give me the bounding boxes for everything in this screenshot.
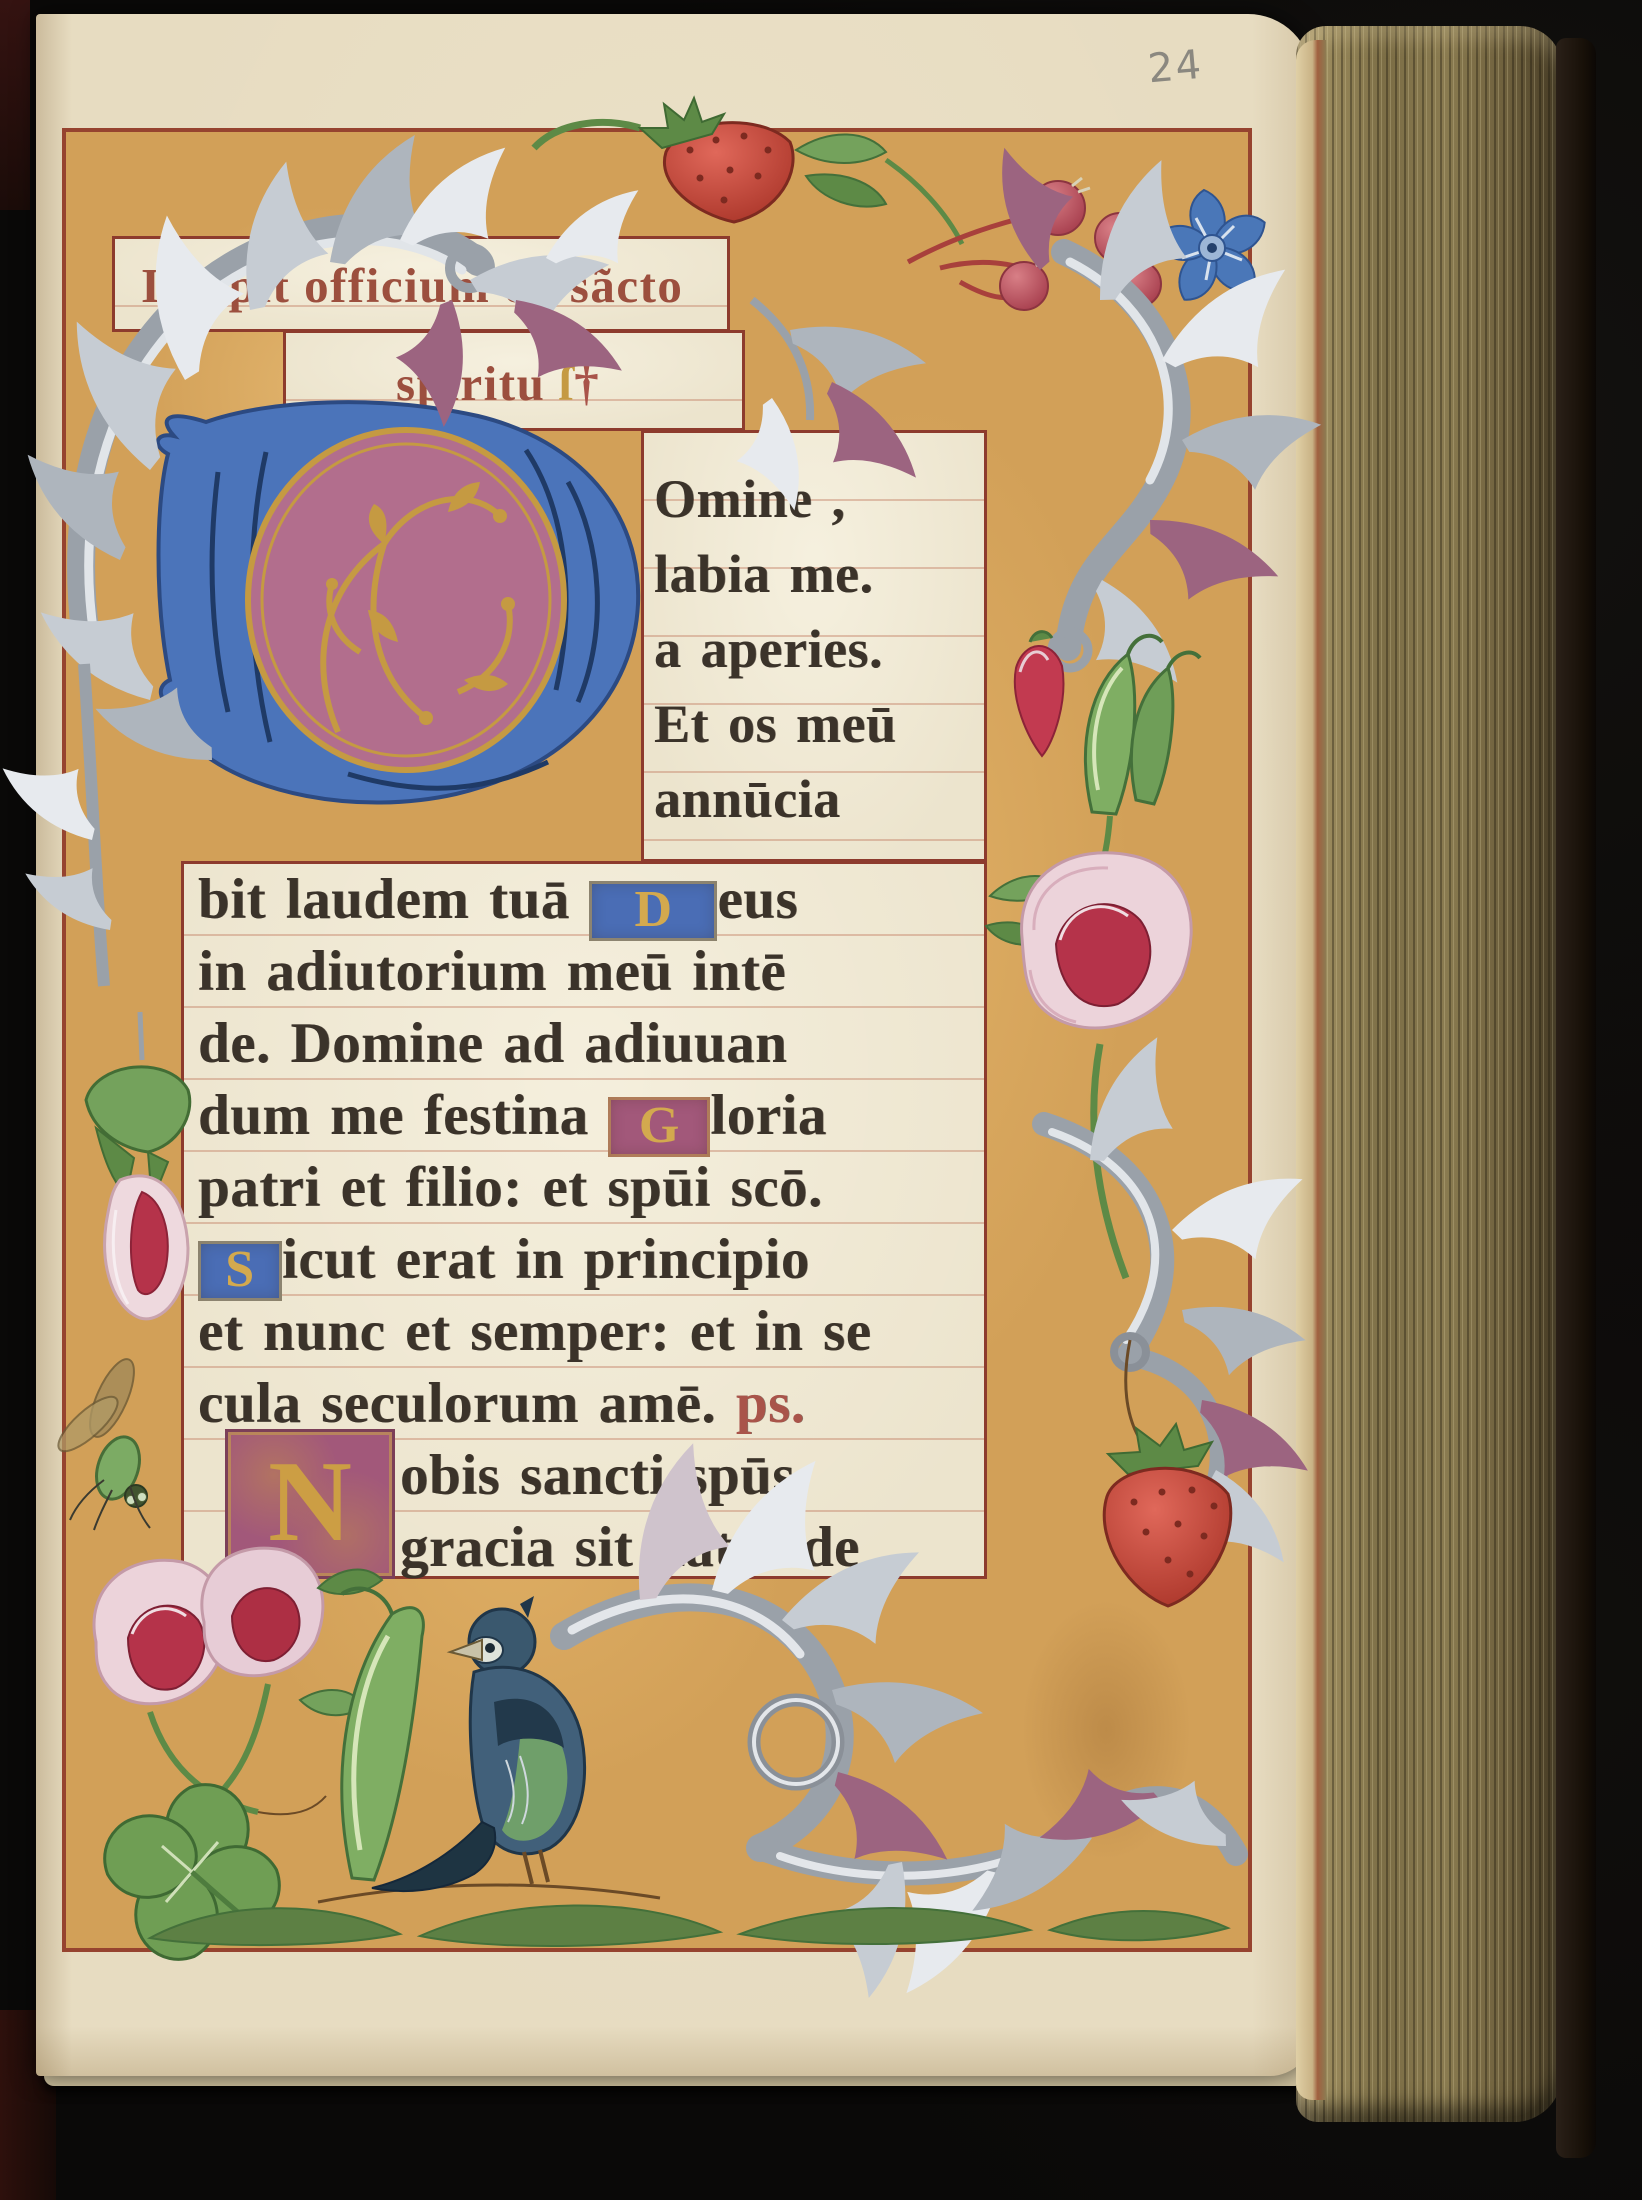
rubric-box-1: Incipit officium de sãcto	[112, 236, 730, 332]
inline-initial: D	[589, 881, 717, 941]
book-fore-edge	[1296, 26, 1562, 2122]
text-segment: icut erat in principio	[282, 1228, 810, 1291]
text-line: et nunc et semper: et in se	[198, 1300, 872, 1364]
text-line: obis sancti spūs	[400, 1444, 795, 1508]
text-segment: loria	[710, 1084, 826, 1147]
text-segment: et nunc et semper: et in se	[198, 1300, 872, 1363]
folio-number: 24	[1146, 42, 1205, 93]
large-initial-d	[148, 392, 648, 812]
text-segment: bit laudem tuā	[198, 868, 589, 931]
text-line: annūcia	[654, 767, 841, 831]
text-line: gracia sit data: de	[400, 1516, 860, 1580]
inline-initial: S	[198, 1241, 282, 1301]
text-line: bit laudem tuā Deus	[198, 868, 798, 941]
text-line: Sicut erat in principio	[198, 1228, 810, 1301]
initial-n: N	[225, 1429, 395, 1579]
text-line: a aperies.	[654, 617, 883, 681]
text-segment: obis sancti spūs	[400, 1444, 795, 1507]
text-segment: gracia sit data: de	[400, 1516, 860, 1579]
text-line: cula seculorum amē. ps.	[198, 1372, 806, 1436]
text-line: in adiutorium meū intē	[198, 940, 786, 1004]
text-segment: patri et filio: et spūi scō.	[198, 1156, 823, 1219]
text-segment: cula seculorum amē.	[198, 1372, 736, 1435]
text-column-box: Omine ,labia me.a aperies.Et os meūannūc…	[641, 430, 987, 862]
text-line: Et os meū	[654, 692, 897, 756]
rubric-line-1: Incipit officium de sãcto	[141, 261, 683, 310]
rubricated-abbreviation: ps.	[736, 1372, 806, 1435]
text-line: de. Domine ad adiuuan	[198, 1012, 787, 1076]
main-text-box: N bit laudem tuā Deusin adiutorium meū i…	[181, 861, 987, 1579]
text-segment: in adiutorium meū intē	[198, 940, 786, 1003]
text-line: dum me festina Gloria	[198, 1084, 827, 1157]
page-curl-edge	[1296, 40, 1326, 2100]
text-segment: de. Domine ad adiuuan	[198, 1012, 787, 1075]
text-segment: eus	[717, 868, 798, 931]
text-segment: dum me festina	[198, 1084, 608, 1147]
inline-initial: G	[608, 1097, 710, 1157]
text-line: labia me.	[654, 542, 874, 606]
book-cover-edge-left-top	[0, 0, 30, 210]
text-line: patri et filio: et spūi scō.	[198, 1156, 823, 1220]
book-cover-edge-right	[1556, 38, 1596, 2158]
text-line: Omine ,	[654, 467, 846, 531]
